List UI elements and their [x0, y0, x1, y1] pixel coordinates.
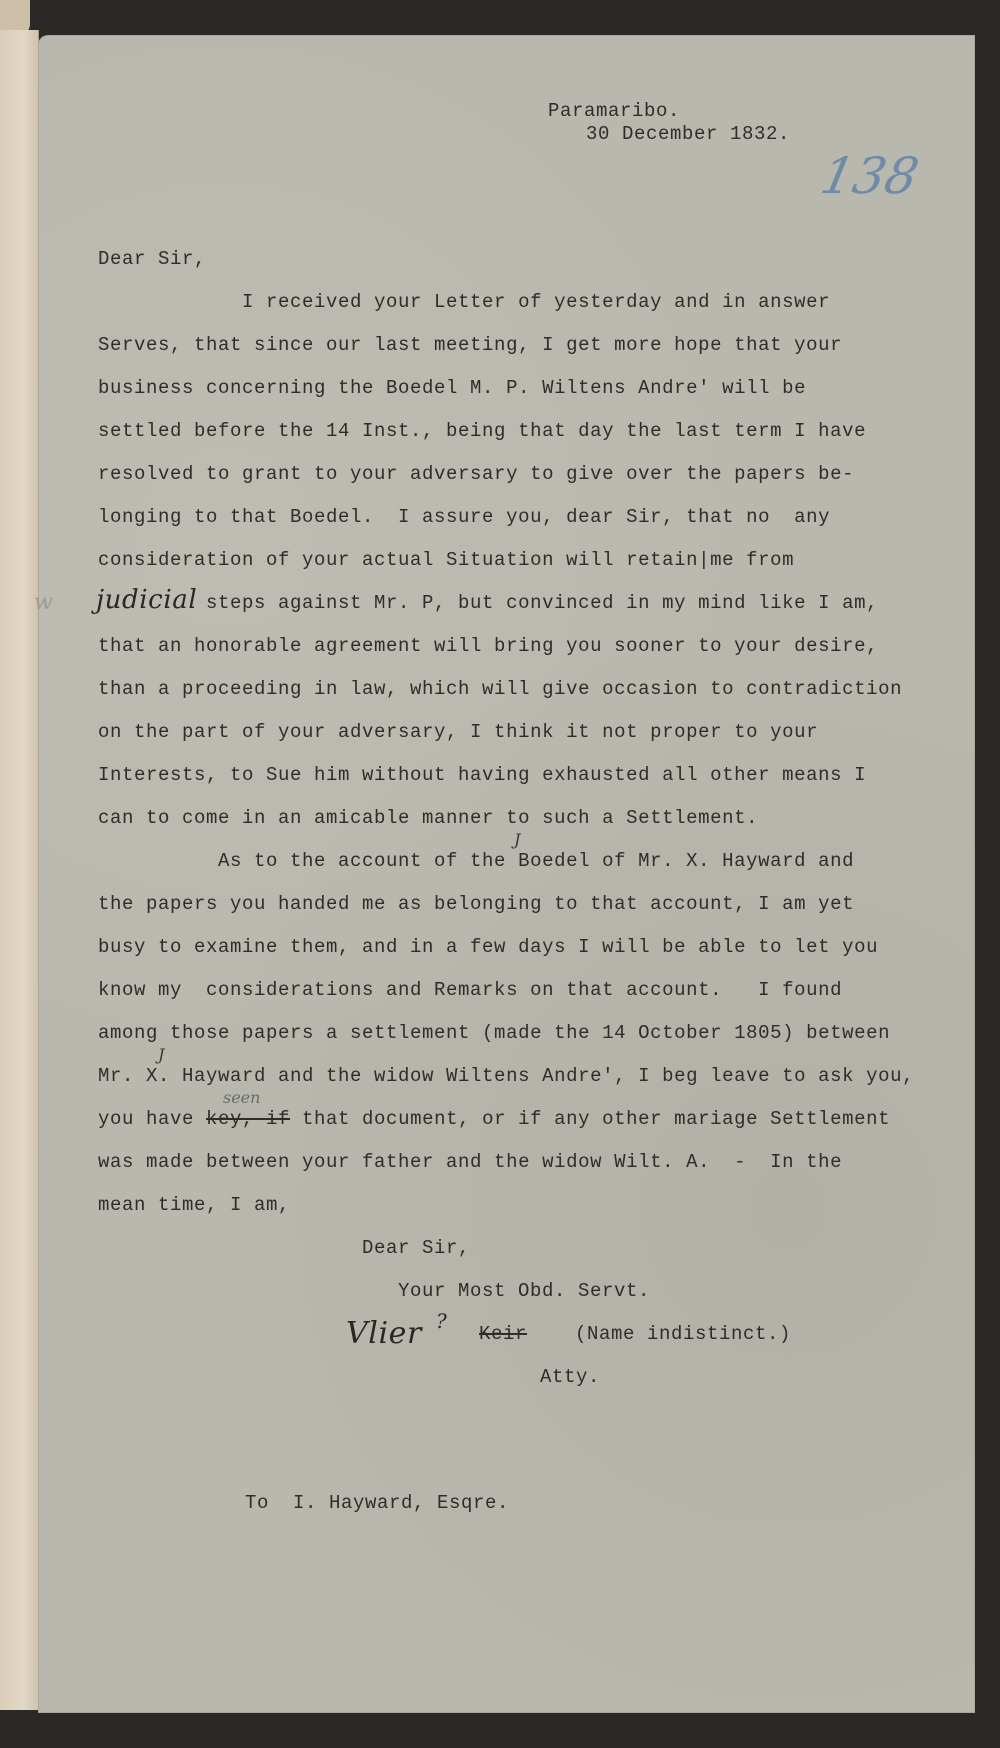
- date-line: 30 December 1832.: [586, 123, 790, 145]
- handwritten-insert-j: J: [514, 830, 520, 849]
- handwritten-insert-seen: seen: [223, 1088, 260, 1107]
- handwritten-insert-j: J: [158, 1045, 164, 1064]
- body-line: steps against Mr. P, but convinced in my…: [98, 592, 878, 614]
- body-line: resolved to grant to your adversary to g…: [98, 463, 854, 485]
- struck-name: Keir: [479, 1323, 527, 1345]
- body-line: among those papers a settlement (made th…: [98, 1022, 890, 1044]
- folio-number: 138: [816, 147, 924, 205]
- body-line: the papers you handed me as belonging to…: [98, 893, 854, 915]
- closing-complimentary: Your Most Obd. Servt.: [398, 1280, 650, 1302]
- body-line: Mr. X. Hayward and the widow Wiltens And…: [98, 1065, 914, 1087]
- name-note: (Name indistinct.): [575, 1323, 791, 1345]
- closing-title: Atty.: [540, 1366, 600, 1388]
- signature-query-mark: ?: [436, 1309, 447, 1333]
- body-line: than a proceeding in law, which will giv…: [98, 678, 902, 700]
- body-line: consideration of your actual Situation w…: [98, 549, 794, 571]
- body-line: was made between your father and the wid…: [98, 1151, 842, 1173]
- body-line: know my considerations and Remarks on th…: [98, 979, 842, 1001]
- body-line: I received your Letter of yesterday and …: [98, 291, 830, 313]
- handwritten-signature: Vlier: [346, 1316, 422, 1351]
- body-line: As to the account of the Boedel of Mr. X…: [98, 850, 854, 872]
- body-line-start: you have: [98, 1108, 194, 1130]
- body-line: Serves, that since our last meeting, I g…: [98, 334, 842, 356]
- body-line: longing to that Boedel. I assure you, de…: [98, 506, 830, 528]
- body-line: busy to examine them, and in a few days …: [98, 936, 878, 958]
- body-line-with-strike: you have key, if that document, or if an…: [98, 1108, 890, 1130]
- body-line: mean time, I am,: [98, 1194, 290, 1216]
- body-line: that an honorable agreement will bring y…: [98, 635, 878, 657]
- letter-page: w Paramaribo. 30 December 1832. 138 Dear…: [38, 35, 975, 1713]
- body-line: settled before the 14 Inst., being that …: [98, 420, 866, 442]
- margin-pencil-mark: w: [34, 590, 53, 615]
- body-line-end: that document, or if any other mariage S…: [290, 1108, 890, 1130]
- salutation: Dear Sir,: [98, 248, 206, 270]
- struck-text: key, if: [206, 1108, 290, 1130]
- body-line: business concerning the Boedel M. P. Wil…: [98, 377, 806, 399]
- book-binding: [0, 30, 39, 1710]
- closing-salutation: Dear Sir,: [362, 1237, 470, 1259]
- place-line: Paramaribo.: [548, 100, 680, 122]
- body-line: Interests, to Sue him without having exh…: [98, 764, 866, 786]
- body-line: can to come in an amicable manner to suc…: [98, 807, 758, 829]
- addressee-line: To I. Hayward, Esqre.: [245, 1492, 509, 1514]
- body-line: on the part of your adversary, I think i…: [98, 721, 818, 743]
